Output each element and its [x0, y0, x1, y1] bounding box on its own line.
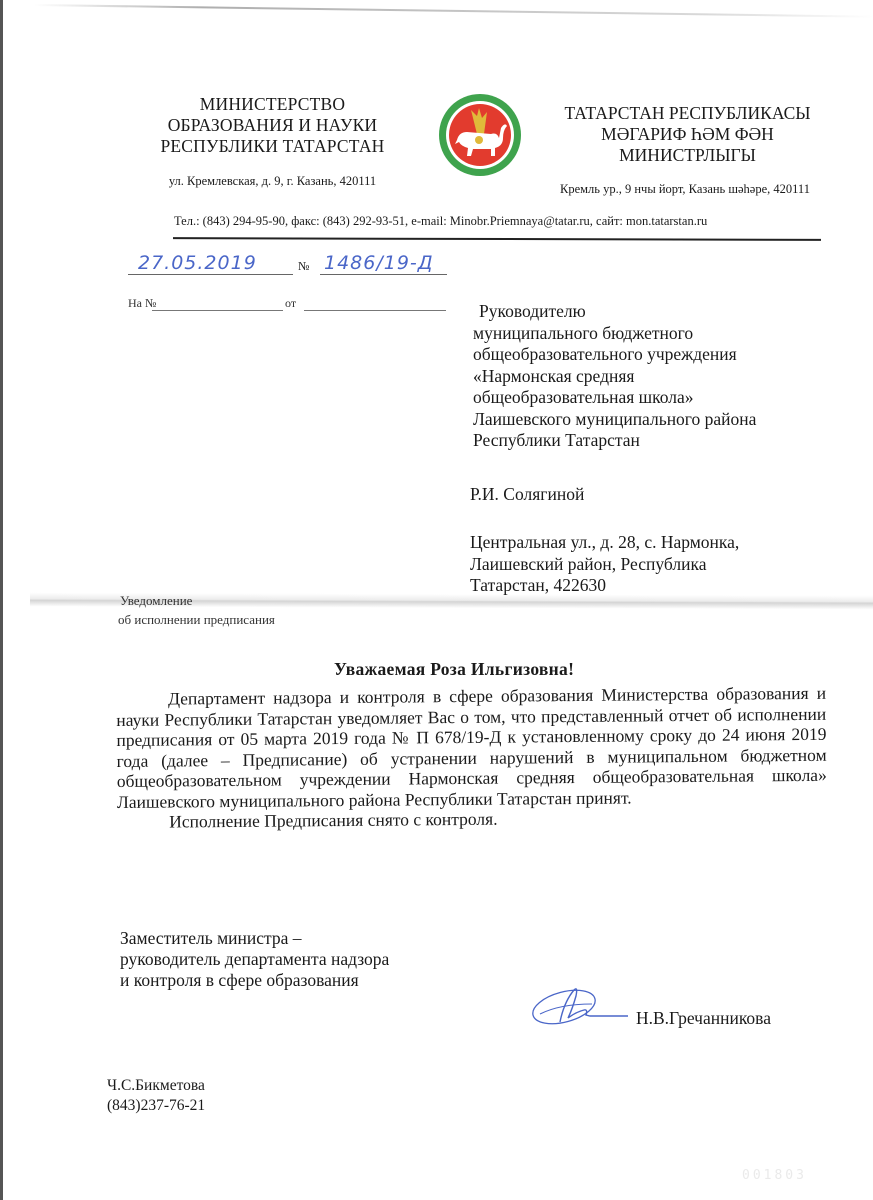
addressee-line: общеобразовательного учреждения: [473, 344, 833, 366]
addressee-line: муниципального бюджетного: [473, 323, 833, 345]
signer-name: Н.В.Гречанникова: [636, 1008, 771, 1029]
registration-number-label: №: [298, 259, 309, 274]
executor-info: Ч.С.Бикметова (843)237-76-21: [107, 1076, 205, 1116]
recipient-address-line: Татарстан, 422630: [470, 575, 830, 597]
reference-date-blank: [304, 310, 446, 311]
addressee-block: Руководителю муниципального бюджетного о…: [473, 301, 833, 452]
reference-date-label: от: [285, 296, 296, 311]
addressee-line: общеобразовательная школа»: [473, 387, 833, 409]
ministry-name-ru-line: МИНИСТЕРСТВО: [140, 94, 405, 115]
signer-title-line: руководитель департамента надзора: [120, 949, 389, 970]
reference-number-label: На №: [128, 296, 156, 311]
ministry-name-ru: МИНИСТЕРСТВО ОБРАЗОВАНИЯ И НАУКИ РЕСПУБЛ…: [140, 94, 405, 157]
registration-date: 27.05.2019: [138, 252, 257, 274]
paper-fold-top: [34, 4, 873, 18]
letter-body: Департамент надзора и контроля в сфере о…: [116, 683, 827, 833]
signer-title-line: и контроля в сфере образования: [120, 970, 389, 991]
registration-line: 27.05.2019 № 1486/19-Д: [128, 252, 448, 278]
recipient-address: Центральная ул., д. 28, с. Нармонка, Лаи…: [470, 532, 830, 597]
executor-name: Ч.С.Бикметова: [107, 1076, 205, 1096]
recipient-address-line: Лаишевский район, Республика: [470, 554, 830, 576]
addressee-line: «Нармонская средняя: [473, 366, 833, 388]
addressee-line: Лаишевского муниципального района: [473, 409, 833, 431]
date-underline: [128, 274, 293, 275]
body-paragraph: Департамент надзора и контроля в сфере о…: [116, 683, 827, 812]
number-underline: [320, 274, 447, 275]
reference-line: На № от: [128, 296, 448, 316]
handwritten-signature-icon: [530, 982, 630, 1032]
recipient-address-line: Центральная ул., д. 28, с. Нармонка,: [470, 532, 830, 554]
executor-phone: (843)237-76-21: [107, 1096, 205, 1116]
ministry-address-tt: Кремль ур., 9 нчы йорт, Казань шәһәре, 4…: [540, 182, 830, 197]
ministry-name-tt-line: МИНИСТРЛЫГЫ: [540, 145, 835, 166]
scan-page-edge: [0, 0, 3, 1200]
ministry-name-tt-line: ТАТАРСТАН РЕСПУБЛИКАСЫ: [540, 103, 835, 124]
addressee-line: Республики Татарстан: [473, 430, 833, 452]
salutation: Уважаемая Роза Ильгизовна!: [334, 659, 574, 680]
tatarstan-coat-of-arms-icon: [437, 92, 523, 178]
ministry-contacts: Тел.: (843) 294-95-90, факс: (843) 292-9…: [174, 214, 834, 229]
ministry-name-ru-line: РЕСПУБЛИКИ ТАТАРСТАН: [140, 136, 405, 157]
letter-subject: Уведомление об исполнении предписания: [120, 591, 275, 629]
ministry-name-ru-line: ОБРАЗОВАНИЯ И НАУКИ: [140, 115, 405, 136]
subject-line: Уведомление: [120, 591, 275, 610]
recipient-name: Р.И. Солягиной: [470, 484, 584, 505]
signer-title-line: Заместитель министра –: [120, 928, 389, 949]
reference-number-blank: [152, 310, 283, 311]
addressee-line: Руководителю: [473, 301, 833, 323]
subject-line: об исполнении предписания: [118, 610, 275, 629]
registration-number: 1486/19-Д: [324, 252, 434, 274]
form-serial-number: 001803: [742, 1168, 807, 1183]
signer-title: Заместитель министра – руководитель депа…: [120, 928, 389, 991]
header-divider: [173, 237, 821, 241]
ministry-name-tt: ТАТАРСТАН РЕСПУБЛИКАСЫ МӘГАРИФ ҺӘМ ФӘН М…: [540, 103, 835, 166]
ministry-address-ru: ул. Кремлевская, д. 9, г. Казань, 420111: [140, 174, 405, 189]
ministry-name-tt-line: МӘГАРИФ ҺӘМ ФӘН: [540, 124, 835, 145]
